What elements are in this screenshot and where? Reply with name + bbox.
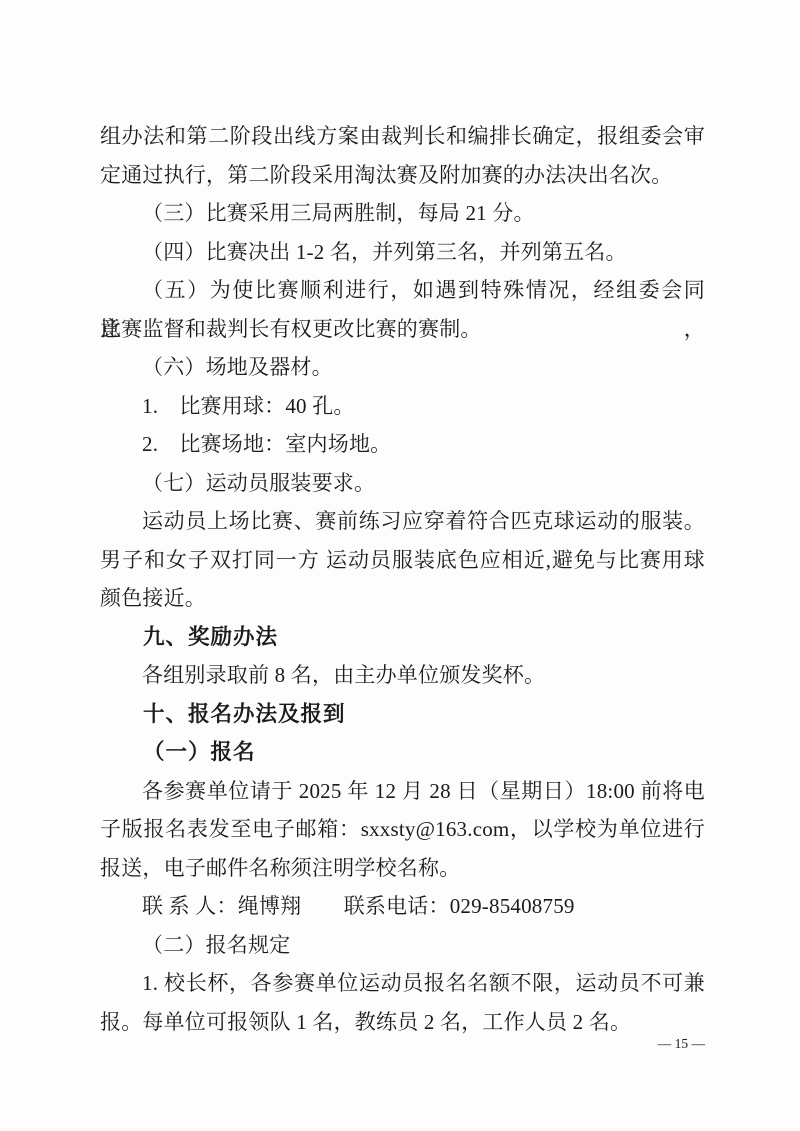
text-line: （四）比赛决出 1-2 名，并列第三名，并列第五名。 [100,233,705,272]
text-line: 1. 比赛用球：40 孔。 [100,387,705,426]
text-line: 联 系 人：绳博翔 联系电话：029-85408759 [100,887,705,926]
text-line: 2. 比赛场地：室内场地。 [100,425,705,464]
document-body: 组办法和第二阶段出线方案由裁判长和编排长确定，报组委会审定通过执行，第二阶段采用… [100,117,705,1041]
text-line: （六）场地及器材。 [100,348,705,387]
text-line: 颜色接近。 [100,579,705,618]
text-line: 报送，电子邮件名称须注明学校名称。 [100,849,705,888]
document-page: 组办法和第二阶段出线方案由裁判长和编排长确定，报组委会审定通过执行，第二阶段采用… [0,0,800,1131]
text-line: 定通过执行，第二阶段采用淘汰赛及附加赛的办法决出名次。 [100,156,705,195]
page-number: — 15 — [658,1034,705,1054]
text-line: 男子和女子双打同一方 运动员服装底色应相近,避免与比赛用球 [100,541,705,580]
text-line: 组办法和第二阶段出线方案由裁判长和编排长确定，报组委会审 [100,117,705,156]
text-line: （七）运动员服装要求。 [100,464,705,503]
text-line: 子版报名表发至电子邮箱：sxxsty@163.com，以学校为单位进行 [100,810,705,849]
text-line: （二）报名规定 [100,926,705,965]
text-line: 各参赛单位请于 2025 年 12 月 28 日（星期日）18:00 前将电 [100,772,705,811]
text-line: 1. 校长杯，各参赛单位运动员报名名额不限，运动员不可兼 [100,964,705,1003]
heading-line: 九、奖励办法 [100,618,705,657]
text-line: 运动员上场比赛、赛前练习应穿着符合匹克球运动的服装。 [100,502,705,541]
text-line: （五）为使比赛顺利进行，如遇到特殊情况，经组委会同意， [100,271,705,310]
text-line: （三）比赛采用三局两胜制，每局 21 分。 [100,194,705,233]
text-line: 各组别录取前 8 名，由主办单位颁发奖杯。 [100,656,705,695]
heading-line: 十、报名办法及报到 [100,695,705,734]
heading-line: （一）报名 [100,733,705,772]
text-line: 报。每单位可报领队 1 名，教练员 2 名，工作人员 2 名。 [100,1003,705,1042]
